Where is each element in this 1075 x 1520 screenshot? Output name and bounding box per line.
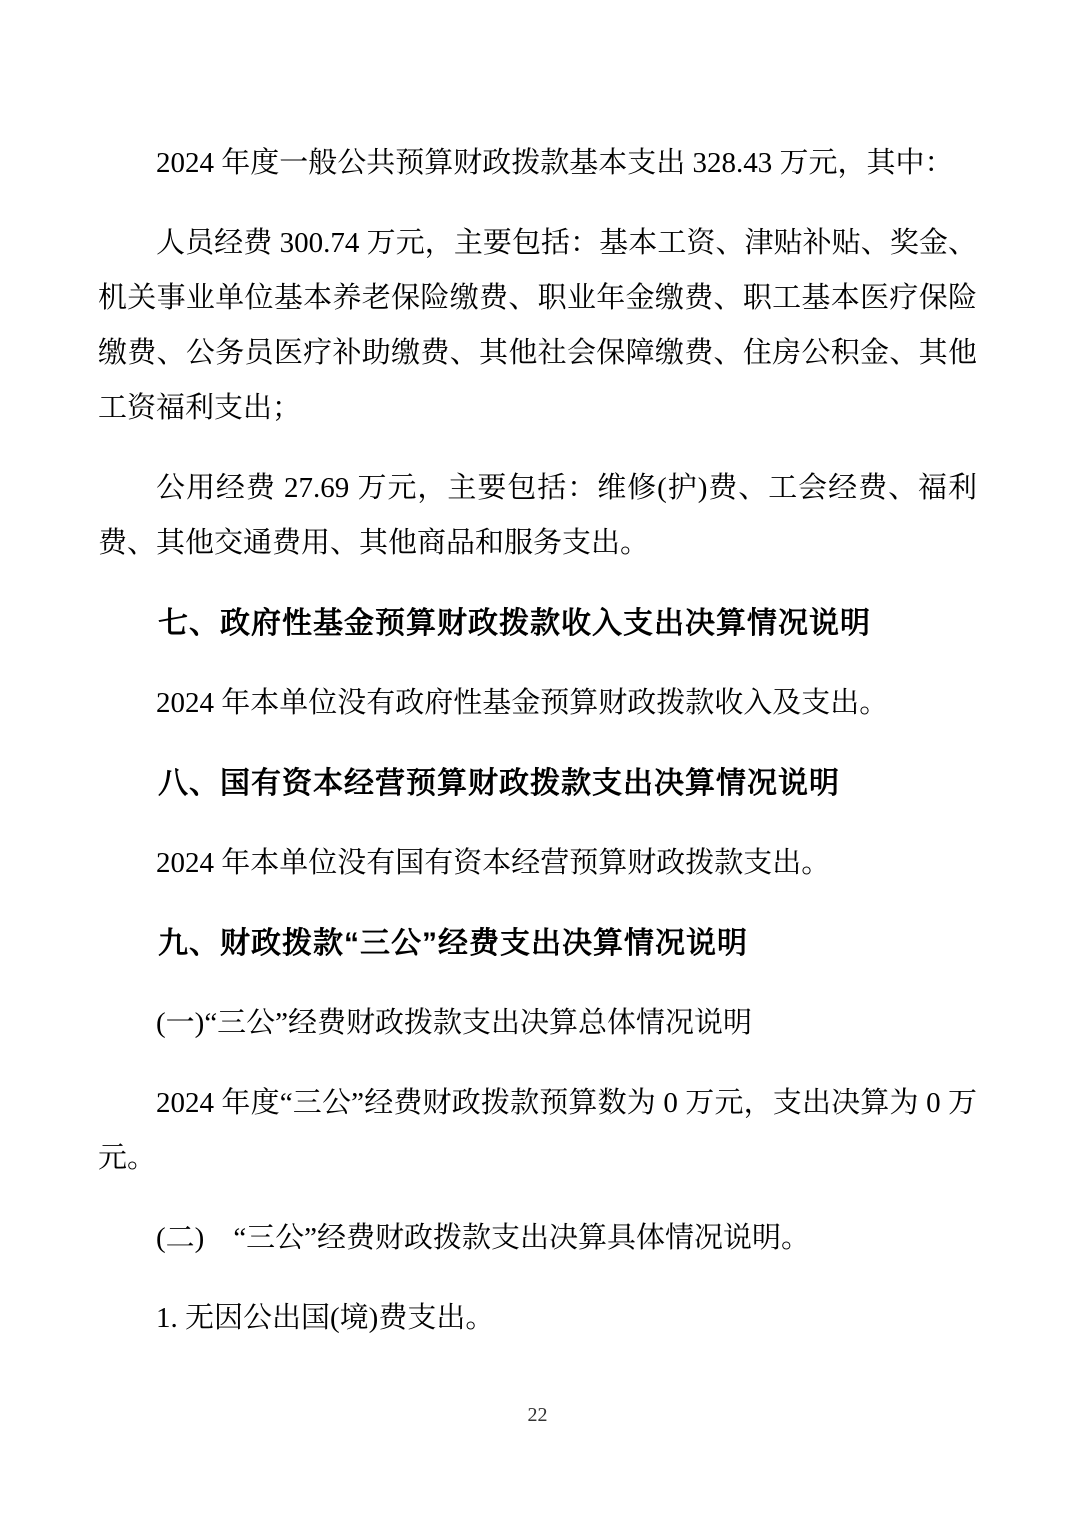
document-page: 2024 年度一般公共预算财政拨款基本支出 328.43 万元，其中： 人员经费… — [0, 0, 1075, 1520]
para-no-state-capital-budget-expenditure: 2024 年本单位没有国有资本经营预算财政拨款支出。 — [98, 836, 977, 891]
page-number: 22 — [0, 1403, 1075, 1427]
para-three-public-budget-zero: 2024 年度“三公”经费财政拨款预算数为 0 万元，支出决算为 0 万元。 — [98, 1076, 977, 1186]
para-three-public-specific-situation: (二) “三公”经费财政拨款支出决算具体情况说明。 — [98, 1211, 977, 1266]
para-general-budget-basic-expenditure-total: 2024 年度一般公共预算财政拨款基本支出 328.43 万元，其中： — [98, 136, 977, 191]
para-personnel-expenses: 人员经费 300.74 万元，主要包括：基本工资、津贴补贴、奖金、机关事业单位基… — [98, 216, 977, 436]
para-no-overseas-trip-expenses: 1. 无因公出国(境)费支出。 — [98, 1291, 977, 1346]
para-public-operating-expenses: 公用经费 27.69 万元，主要包括：维修(护)费、工会经费、福利费、其他交通费… — [98, 461, 977, 571]
heading-section-eight-state-capital-budget: 八、国有资本经营预算财政拨款支出决算情况说明 — [98, 756, 977, 811]
document-content: 2024 年度一般公共预算财政拨款基本支出 328.43 万元，其中： 人员经费… — [98, 136, 977, 1346]
heading-section-nine-three-public-expenses: 九、财政拨款“三公”经费支出决算情况说明 — [98, 916, 977, 971]
para-three-public-overall-situation: (一)“三公”经费财政拨款支出决算总体情况说明 — [98, 996, 977, 1051]
heading-section-seven-govt-fund-budget: 七、政府性基金预算财政拨款收入支出决算情况说明 — [98, 596, 977, 651]
para-no-govt-fund-budget-income-expenditure: 2024 年本单位没有政府性基金预算财政拨款收入及支出。 — [98, 676, 977, 731]
